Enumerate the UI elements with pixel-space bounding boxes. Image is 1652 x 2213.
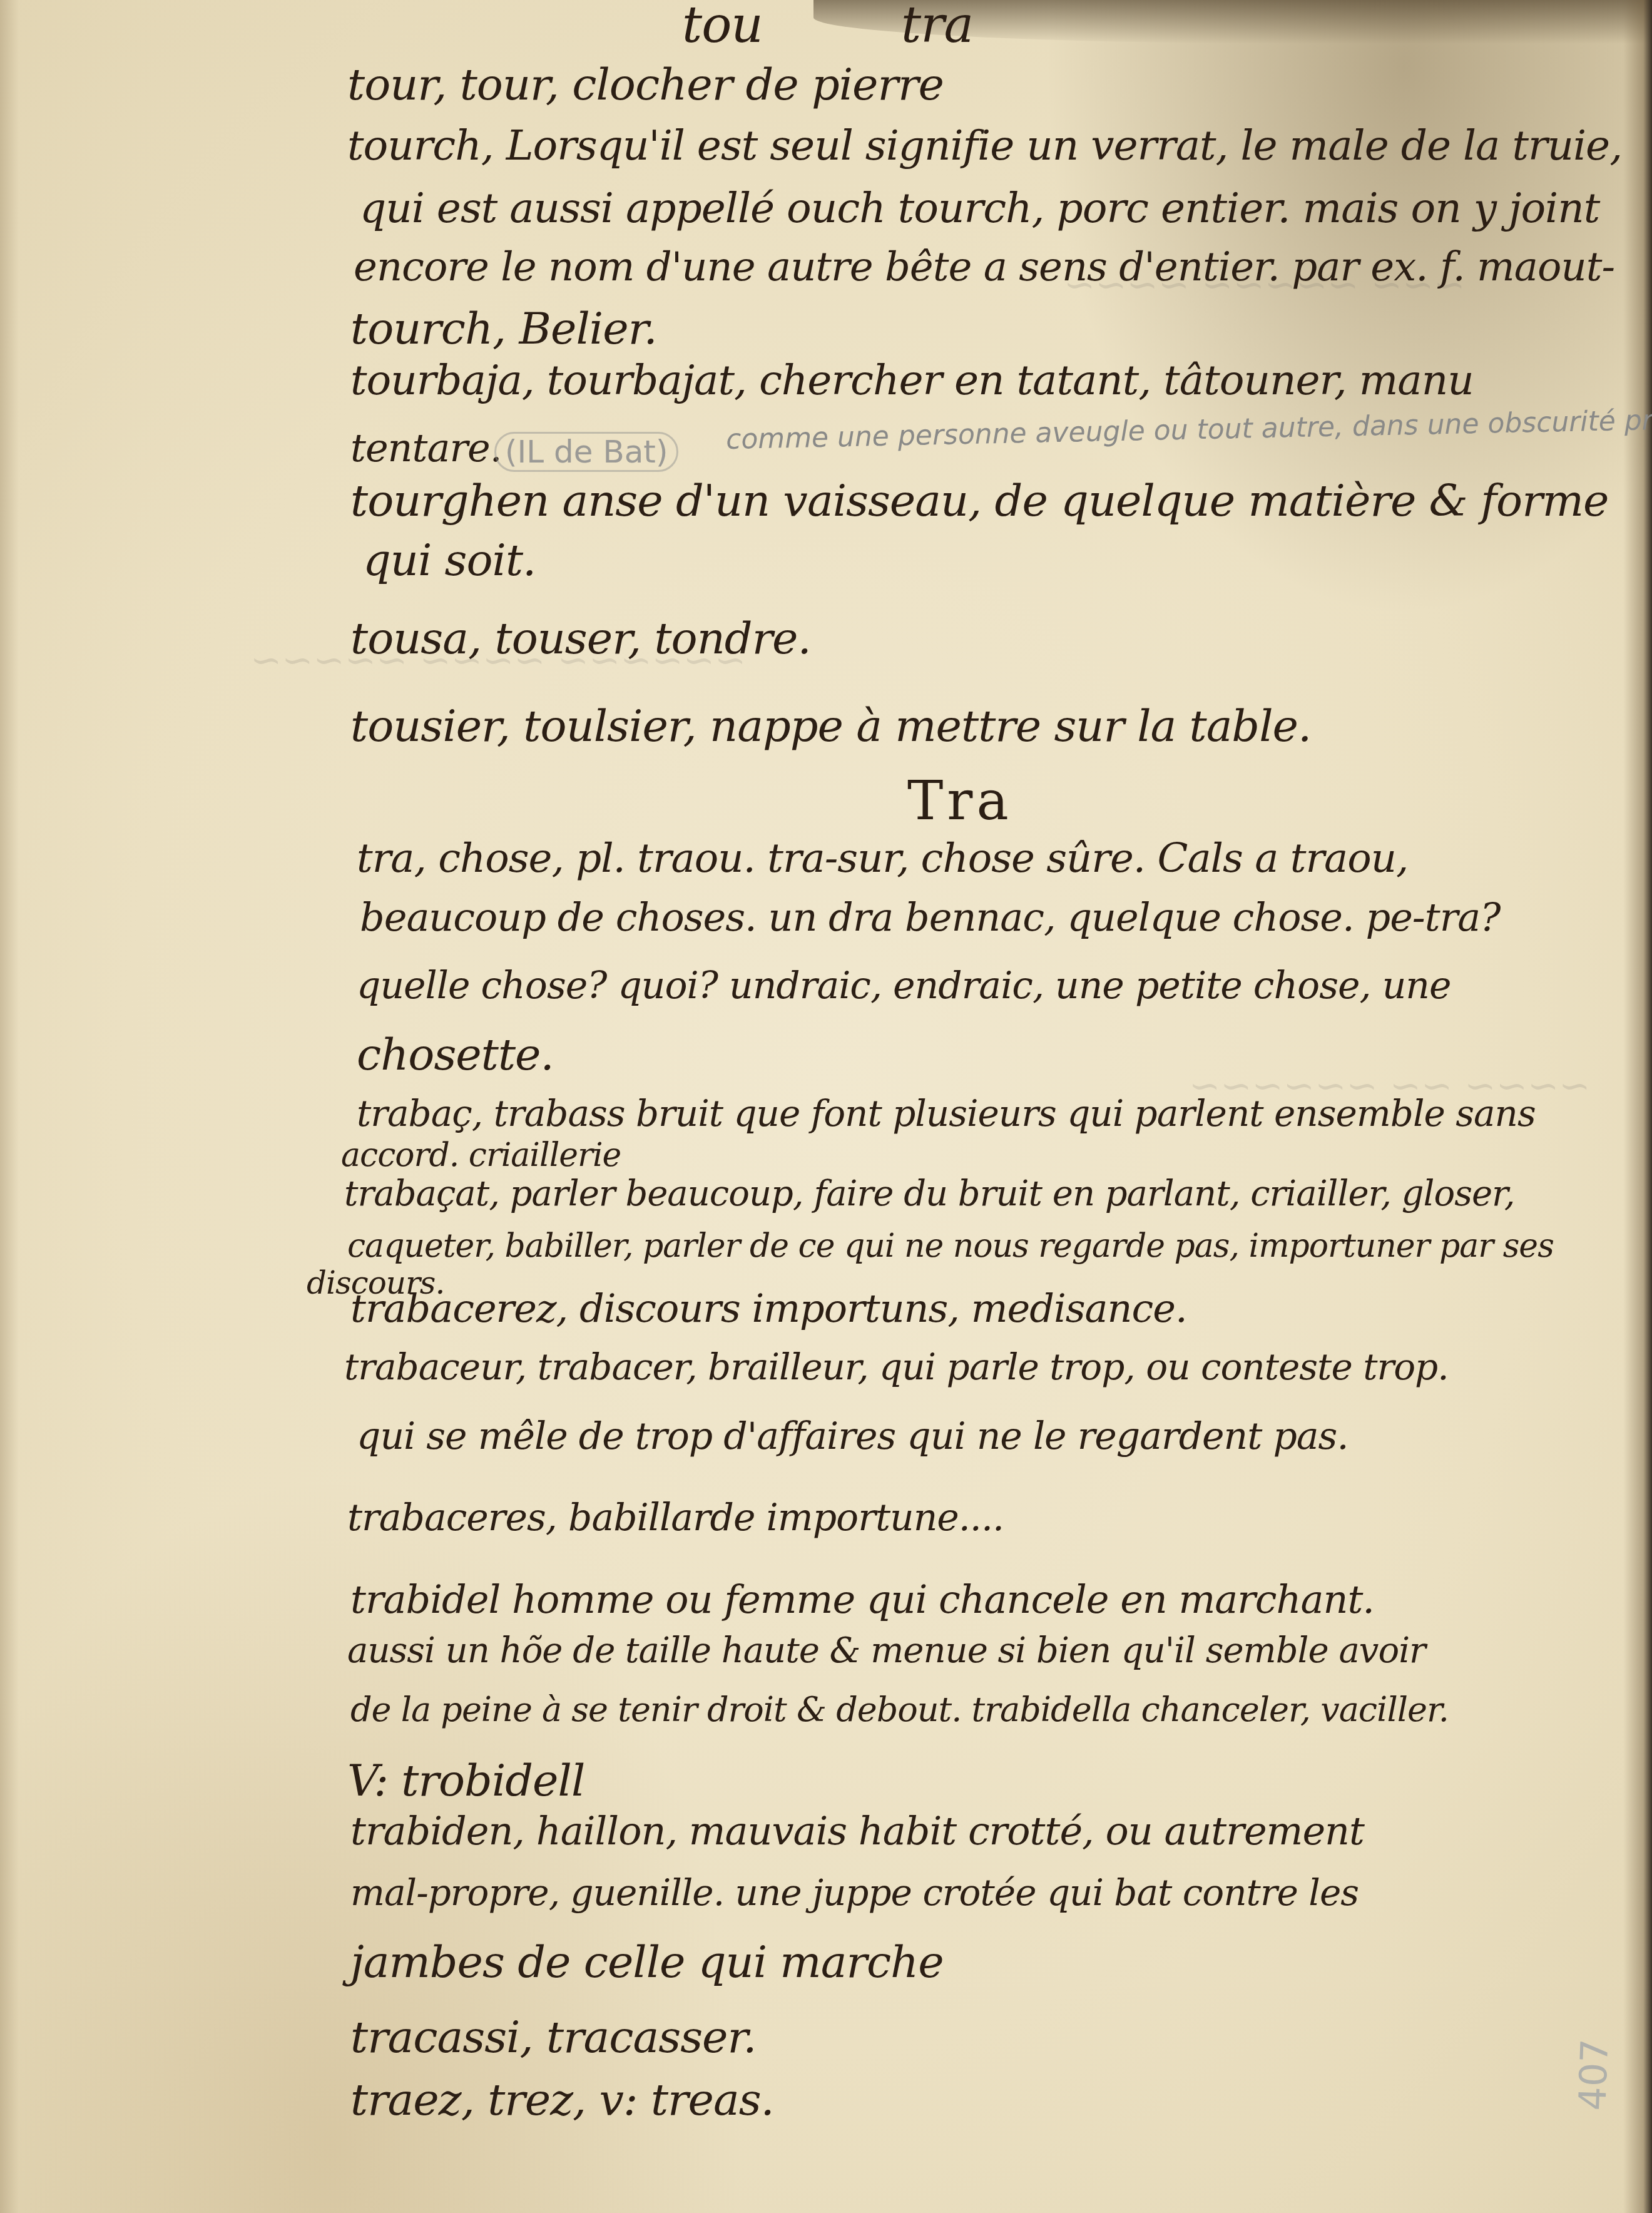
entry-tracassi: tracassi, tracasser. xyxy=(350,2015,757,2059)
entry-tousa: tousa, touser, tondre. xyxy=(350,616,811,660)
entry-trabaceur: trabaceur, trabacer, brailleur, qui parl… xyxy=(344,1349,1449,1385)
entry-tourch-cont-2: encore le nom d'une autre bête a sens d'… xyxy=(354,247,1614,287)
pencil-reference: (IL de Bat) xyxy=(494,432,678,472)
entry-trabaceur-cont: qui se mêle de trop d'affaires qui ne le… xyxy=(357,1418,1348,1455)
running-header-left: tou xyxy=(682,0,763,50)
entry-trabacat: trabaçat, parler beaucoup, faire du brui… xyxy=(344,1177,1515,1212)
entry-traez: traez, trez, v: treas. xyxy=(350,2078,774,2122)
entry-tourbaja-cont: tentare. xyxy=(350,429,501,468)
entry-trabacat-cont-1: caqueter, babiller, parler de ce qui ne … xyxy=(347,1230,1554,1262)
entry-tourbaja: tourbaja, tourbajat, chercher en tatant,… xyxy=(350,360,1474,401)
entry-tra-cont-2: quelle chose? quoi? undraic, endraic, un… xyxy=(357,967,1451,1004)
entry-tourch-cont-1: qui est aussi appellé ouch tourch, porc … xyxy=(360,188,1599,229)
entry-trabiden-cont-1: mal-propre, guenille. une juppe crotée q… xyxy=(350,1874,1359,1911)
entry-tra: tra, chose, pl. traou. tra-sur, chose sû… xyxy=(357,839,1408,879)
entry-trabidel-cont-1: aussi un hõe de taille haute & menue si … xyxy=(347,1633,1425,1669)
entry-trabacerez: trabacerez, discours importuns, medisanc… xyxy=(350,1289,1187,1328)
page-left-edge xyxy=(0,0,19,2213)
entry-tour: tour, tour, clocher de pierre xyxy=(347,63,944,106)
entry-tra-cont-1: beaucoup de choses. un dra bennac, quelq… xyxy=(360,898,1501,937)
entry-trabidel-crossref: V: trobidell xyxy=(347,1759,584,1802)
entry-tourch: tourch, Lorsqu'il est seul signifie un v… xyxy=(347,125,1622,166)
folio-number: 407 xyxy=(1571,2038,1617,2112)
running-header-right: tra xyxy=(901,0,973,50)
entry-trabidel: trabidel homme ou femme qui chancele en … xyxy=(350,1580,1374,1619)
entry-tourghen: tourghen anse d'un vaisseau, de quelque … xyxy=(350,479,1608,523)
binding-edge xyxy=(1623,0,1652,2213)
entry-trabidel-cont-2: de la peine à se tenir droit & debout. t… xyxy=(350,1693,1449,1727)
entry-trabiden: trabiden, haillon, mauvais habit crotté,… xyxy=(350,1812,1364,1851)
entry-trabiden-cont-2: jambes de celle qui marche xyxy=(350,1940,944,1984)
entry-tourch-belier: tourch, Belier. xyxy=(350,307,657,350)
entry-tra-cont-3: chosette. xyxy=(357,1033,554,1076)
entry-tourghen-cont: qui soit. xyxy=(363,538,536,582)
manuscript-page: ~~~ ~~~~~ ~~~~ ~~~~ ~~ ~~~~~~ ~~~~~~ ~~~… xyxy=(0,0,1652,2213)
entry-trabac: trabaç, trabass bruit que font plusieurs… xyxy=(357,1095,1536,1132)
section-heading-tra: Tra xyxy=(907,770,1012,832)
entry-trabac-cont: accord. criaillerie xyxy=(341,1139,621,1172)
entry-tousier: tousier, toulsier, nappe à mettre sur la… xyxy=(350,704,1311,748)
pencil-annotation: comme une personne aveugle ou tout autre… xyxy=(726,402,1652,456)
entry-trabaceres: trabaceres, babillarde importune.... xyxy=(347,1499,1004,1536)
